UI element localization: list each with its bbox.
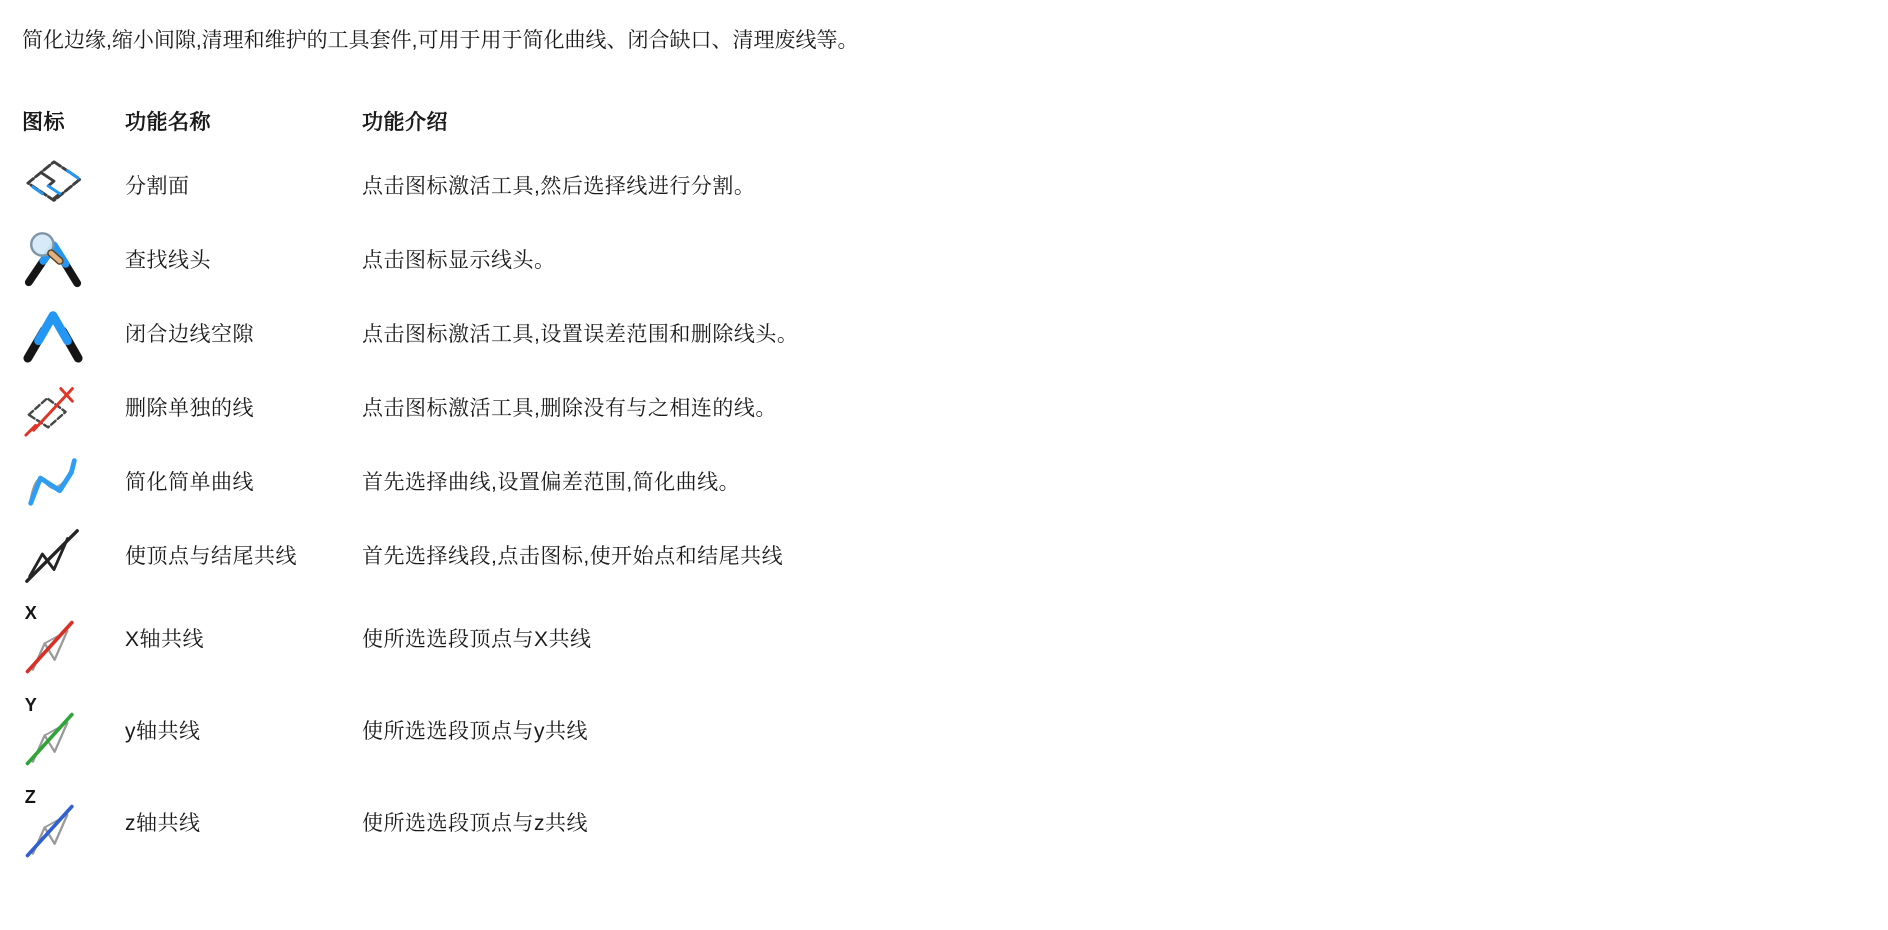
close-edge-gaps-icon	[22, 302, 84, 364]
tool-table: 图标 功能名称 功能介绍 分割面 点击图标激活工具,然后选择线进行分割。 查找线…	[22, 104, 1864, 868]
table-row: 使顶点与结尾共线 首先选择线段,点击图标,使开始点和结尾共线	[22, 518, 1864, 592]
table-row: Y y轴共线 使所选选段顶点与y共线	[22, 684, 1864, 776]
delete-lone-lines-icon	[22, 376, 84, 438]
table-row: 分割面 点击图标激活工具,然后选择线进行分割。	[22, 148, 1864, 222]
tool-name: 闭合边线空隙	[125, 318, 362, 348]
table-row: 闭合边线空隙 点击图标激活工具,设置误差范围和删除线头。	[22, 296, 1864, 370]
tool-desc: 点击图标激活工具,设置误差范围和删除线头。	[362, 318, 1864, 348]
tool-name: X轴共线	[125, 623, 362, 653]
table-row: Z z轴共线 使所选选段顶点与z共线	[22, 776, 1864, 868]
table-row: 简化简单曲线 首先选择曲线,设置偏差范围,简化曲线。	[22, 444, 1864, 518]
tool-desc: 使所选选段顶点与X共线	[362, 623, 1864, 653]
tool-desc: 首先选择线段,点击图标,使开始点和结尾共线	[362, 540, 1864, 570]
header-desc-col: 功能介绍	[362, 106, 1864, 136]
z-axis-collinear-icon: Z	[22, 786, 80, 858]
tool-desc: 点击图标激活工具,然后选择线进行分割。	[362, 170, 1864, 200]
header-name-col: 功能名称	[125, 106, 362, 136]
tool-desc: 点击图标激活工具,删除没有与之相连的线。	[362, 392, 1864, 422]
find-line-ends-icon	[22, 228, 84, 290]
table-header-row: 图标 功能名称 功能介绍	[22, 104, 1864, 138]
make-collinear-icon	[22, 524, 84, 586]
tool-name: z轴共线	[125, 807, 362, 837]
tool-name: 使顶点与结尾共线	[125, 540, 362, 570]
svg-text:Y: Y	[25, 695, 37, 715]
table-row: 删除单独的线 点击图标激活工具,删除没有与之相连的线。	[22, 370, 1864, 444]
doc-page: 简化边缘,缩小间隙,清理和维护的工具套件,可用于用于简化曲线、闭合缺口、清理废线…	[0, 0, 1888, 868]
tool-name: y轴共线	[125, 715, 362, 745]
tool-name: 分割面	[125, 170, 362, 200]
tool-name: 查找线头	[125, 244, 362, 274]
y-axis-collinear-icon: Y	[22, 694, 80, 766]
table-row: 查找线头 点击图标显示线头。	[22, 222, 1864, 296]
x-axis-collinear-icon: X	[22, 602, 80, 674]
tool-desc: 使所选选段顶点与z共线	[362, 807, 1864, 837]
table-body: 分割面 点击图标激活工具,然后选择线进行分割。 查找线头 点击图标显示线头。 闭…	[22, 148, 1864, 868]
split-face-icon	[22, 158, 84, 212]
tool-name: 删除单独的线	[125, 392, 362, 422]
header-icon-col: 图标	[22, 106, 125, 136]
table-row: X X轴共线 使所选选段顶点与X共线	[22, 592, 1864, 684]
simplify-curves-icon	[22, 450, 84, 512]
tool-desc: 首先选择曲线,设置偏差范围,简化曲线。	[362, 466, 1864, 496]
svg-text:X: X	[25, 603, 37, 623]
intro-text: 简化边缘,缩小间隙,清理和维护的工具套件,可用于用于简化曲线、闭合缺口、清理废线…	[22, 26, 1864, 56]
svg-text:Z: Z	[25, 787, 36, 807]
tool-desc: 点击图标显示线头。	[362, 244, 1864, 274]
tool-desc: 使所选选段顶点与y共线	[362, 715, 1864, 745]
tool-name: 简化简单曲线	[125, 466, 362, 496]
